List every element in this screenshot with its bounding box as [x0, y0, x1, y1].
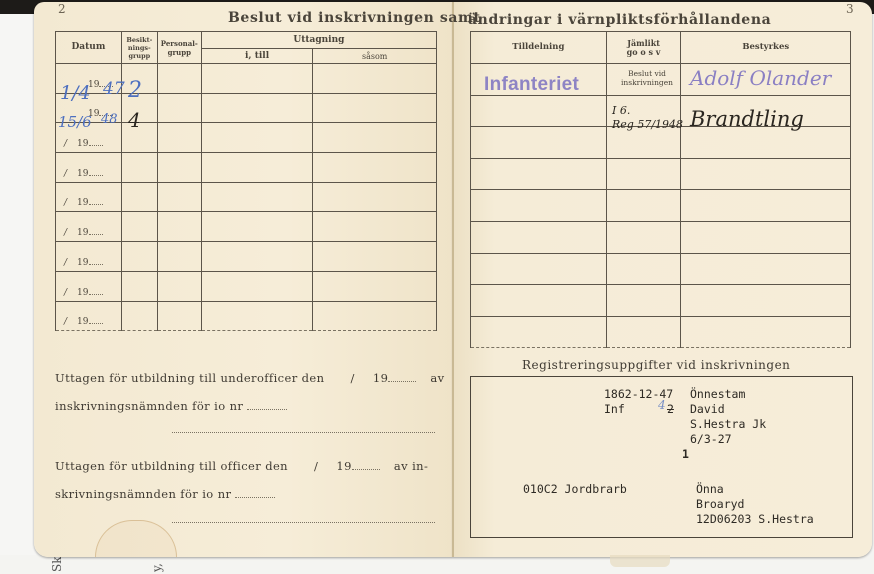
cell-datum[interactable]: /19	[56, 212, 122, 242]
cell-jamlikt[interactable]	[606, 285, 681, 317]
cell-tilldelning[interactable]	[471, 127, 607, 159]
col-header-jamlikt: Jämlikt go o s v	[606, 32, 681, 64]
underofficer-section: Uttagen för utbildning till underofficer…	[55, 364, 445, 420]
cell-tilldelning[interactable]	[471, 253, 607, 285]
cell-besiktningsgrupp[interactable]	[121, 182, 157, 212]
cell-sasom[interactable]	[313, 212, 437, 242]
cell-tilldelning[interactable]	[471, 95, 607, 127]
year-prefix: 19	[336, 459, 351, 473]
registration-occupation: 010C2 Jordbrarb	[523, 482, 627, 496]
cell-besiktningsgrupp[interactable]	[121, 242, 157, 272]
year-prefix: 19	[373, 371, 388, 385]
signature-adolf-olander: Adolf Olander	[690, 66, 831, 90]
io-nr-blank[interactable]	[247, 409, 287, 410]
cell-tilldelning[interactable]	[471, 316, 607, 348]
registration-branch: Inf	[604, 402, 625, 416]
cell-i-till[interactable]	[201, 182, 313, 212]
cell-besiktningsgrupp[interactable]	[121, 271, 157, 301]
cell-sasom[interactable]	[313, 153, 437, 183]
cell-i-till[interactable]	[201, 153, 313, 183]
beslut-vid-inskrivningen-text: Beslut vid inskrivningen	[612, 69, 682, 87]
col-header-datum: Datum	[56, 32, 122, 64]
cell-besiktningsgrupp[interactable]	[121, 153, 157, 183]
table-row: /19	[56, 301, 437, 331]
underofficer-io-text: inskrivningsnämnden för io nr	[55, 399, 243, 413]
cell-datum[interactable]: /19	[56, 182, 122, 212]
handwritten-year-1: 47	[103, 79, 125, 99]
cell-bestyrkes[interactable]	[681, 253, 851, 285]
cell-i-till[interactable]	[201, 271, 313, 301]
col-header-i-till: i, till	[201, 49, 313, 64]
table-row: /19	[56, 123, 437, 153]
col-header-besiktningsgrupp: Besikt- nings- grupp	[121, 32, 157, 64]
handwritten-besiktningsgrupp-2: 4	[128, 108, 141, 132]
handwritten-reg-reference: I 6. Reg 57/1948	[612, 104, 683, 132]
cell-jamlikt[interactable]	[606, 221, 681, 253]
registration-group: 1	[682, 447, 689, 461]
cell-tilldelning[interactable]	[471, 221, 607, 253]
infanteriet-stamp: Infanteriet	[484, 74, 579, 96]
registration-address-1: Önna	[696, 482, 724, 496]
officer-text: Uttagen för utbildning till officer den	[55, 459, 288, 473]
handwritten-date-2: 15/6	[58, 113, 92, 131]
cell-sasom[interactable]	[313, 301, 437, 331]
cell-personalgrupp[interactable]	[157, 123, 201, 153]
cell-jamlikt[interactable]	[606, 253, 681, 285]
underofficer-text-end: av	[430, 371, 444, 385]
signature-brandtling: Brandtling	[690, 107, 804, 131]
cell-tilldelning[interactable]	[471, 285, 607, 317]
table-row: /19	[56, 182, 437, 212]
officer-text-end: av in-	[394, 459, 428, 473]
cell-personalgrupp[interactable]	[157, 301, 201, 331]
io-nr-blank[interactable]	[235, 497, 275, 498]
cell-i-till[interactable]	[201, 242, 313, 272]
col-header-sasom: såsom	[313, 49, 437, 64]
handwritten-year-2: 48	[101, 112, 118, 127]
registration-title: Registreringsuppgifter vid inskrivningen	[522, 358, 790, 372]
officer-io-text: skrivningsnämnden för io nr	[55, 487, 231, 501]
left-page-heading: Beslut vid inskrivningen samt	[228, 10, 481, 26]
officer-section: Uttagen för utbildning till officer den …	[55, 452, 428, 508]
cell-tilldelning[interactable]	[471, 190, 607, 222]
registration-surname: Önnestam	[690, 387, 745, 401]
cell-datum[interactable]: /19	[56, 271, 122, 301]
cell-i-till[interactable]	[201, 212, 313, 242]
underofficer-text: Uttagen för utbildning till underofficer…	[55, 371, 324, 385]
table-row: /19	[56, 271, 437, 301]
registration-address-3: 12D06203 S.Hestra	[696, 512, 814, 526]
cell-i-till[interactable]	[201, 64, 313, 94]
cell-jamlikt[interactable]	[606, 190, 681, 222]
cell-sasom[interactable]	[313, 64, 437, 94]
edge-text-fragment-right: y,	[150, 563, 164, 572]
underofficer-signature-line[interactable]	[172, 432, 435, 433]
registration-branch-number-struck: 2	[667, 402, 674, 416]
inskrivning-table: Datum Besikt- nings- grupp Personal- gru…	[55, 31, 437, 331]
cell-bestyrkes[interactable]	[681, 316, 851, 348]
cell-personalgrupp[interactable]	[157, 93, 201, 123]
table-row	[471, 253, 851, 285]
page-number-left: 2	[58, 2, 66, 16]
year-blank[interactable]	[352, 469, 380, 470]
col-header-personalgrupp: Personal- grupp	[157, 32, 201, 64]
registration-branch-handwritten: 4	[658, 398, 666, 412]
cell-besiktningsgrupp[interactable]	[121, 301, 157, 331]
table-row	[471, 158, 851, 190]
table-row: /19	[56, 153, 437, 183]
col-header-uttagning: Uttagning	[201, 32, 436, 49]
slash: /	[351, 371, 355, 385]
page-number-right: 3	[846, 2, 854, 16]
table-row	[471, 221, 851, 253]
cell-personalgrupp[interactable]	[157, 271, 201, 301]
table-row: /19	[56, 242, 437, 272]
cell-i-till[interactable]	[201, 123, 313, 153]
year-blank[interactable]	[388, 381, 416, 382]
cell-bestyrkes[interactable]	[681, 158, 851, 190]
col-header-bestyrkes: Bestyrkes	[681, 32, 851, 64]
table-row	[471, 285, 851, 317]
cell-personalgrupp[interactable]	[157, 64, 201, 94]
cell-bestyrkes[interactable]	[681, 285, 851, 317]
cell-personalgrupp[interactable]	[157, 242, 201, 272]
table-row	[471, 316, 851, 348]
handwritten-besiktningsgrupp-1: 2	[128, 78, 142, 103]
scan-bottom-background	[0, 555, 874, 574]
officer-signature-line[interactable]	[172, 522, 435, 523]
cell-personalgrupp[interactable]	[157, 212, 201, 242]
slash: /	[314, 459, 318, 473]
cell-besiktningsgrupp[interactable]	[121, 212, 157, 242]
cell-datum[interactable]: /19	[56, 153, 122, 183]
bookmark-ribbon	[610, 555, 670, 567]
cell-sasom[interactable]	[313, 93, 437, 123]
registration-birth-date: 6/3-27	[690, 432, 732, 446]
cell-datum[interactable]: /19	[56, 242, 122, 272]
table-row	[471, 190, 851, 222]
registration-given-name: David	[690, 402, 725, 416]
book-spine	[452, 2, 454, 557]
cell-personalgrupp[interactable]	[157, 182, 201, 212]
handwritten-date-1: 1/4	[60, 82, 91, 104]
scan-left-background	[0, 14, 36, 574]
cell-datum[interactable]: /19	[56, 301, 122, 331]
cell-tilldelning[interactable]	[471, 158, 607, 190]
registration-address-2: Broaryd	[696, 497, 744, 511]
cell-bestyrkes[interactable]	[681, 190, 851, 222]
cell-sasom[interactable]	[313, 271, 437, 301]
col-header-tilldelning: Tilldelning	[471, 32, 607, 64]
cell-jamlikt[interactable]	[606, 158, 681, 190]
registration-parish: S.Hestra Jk	[690, 417, 766, 431]
cell-sasom[interactable]	[313, 182, 437, 212]
right-page-heading: ändringar i värnpliktsförhållandena	[468, 12, 771, 28]
cell-personalgrupp[interactable]	[157, 153, 201, 183]
cell-i-till[interactable]	[201, 301, 313, 331]
cell-i-till[interactable]	[201, 93, 313, 123]
table-row: /19	[56, 212, 437, 242]
cell-sasom[interactable]	[313, 242, 437, 272]
cell-sasom[interactable]	[313, 123, 437, 153]
cell-bestyrkes[interactable]	[681, 127, 851, 159]
cell-jamlikt[interactable]	[606, 316, 681, 348]
cell-bestyrkes[interactable]	[681, 221, 851, 253]
